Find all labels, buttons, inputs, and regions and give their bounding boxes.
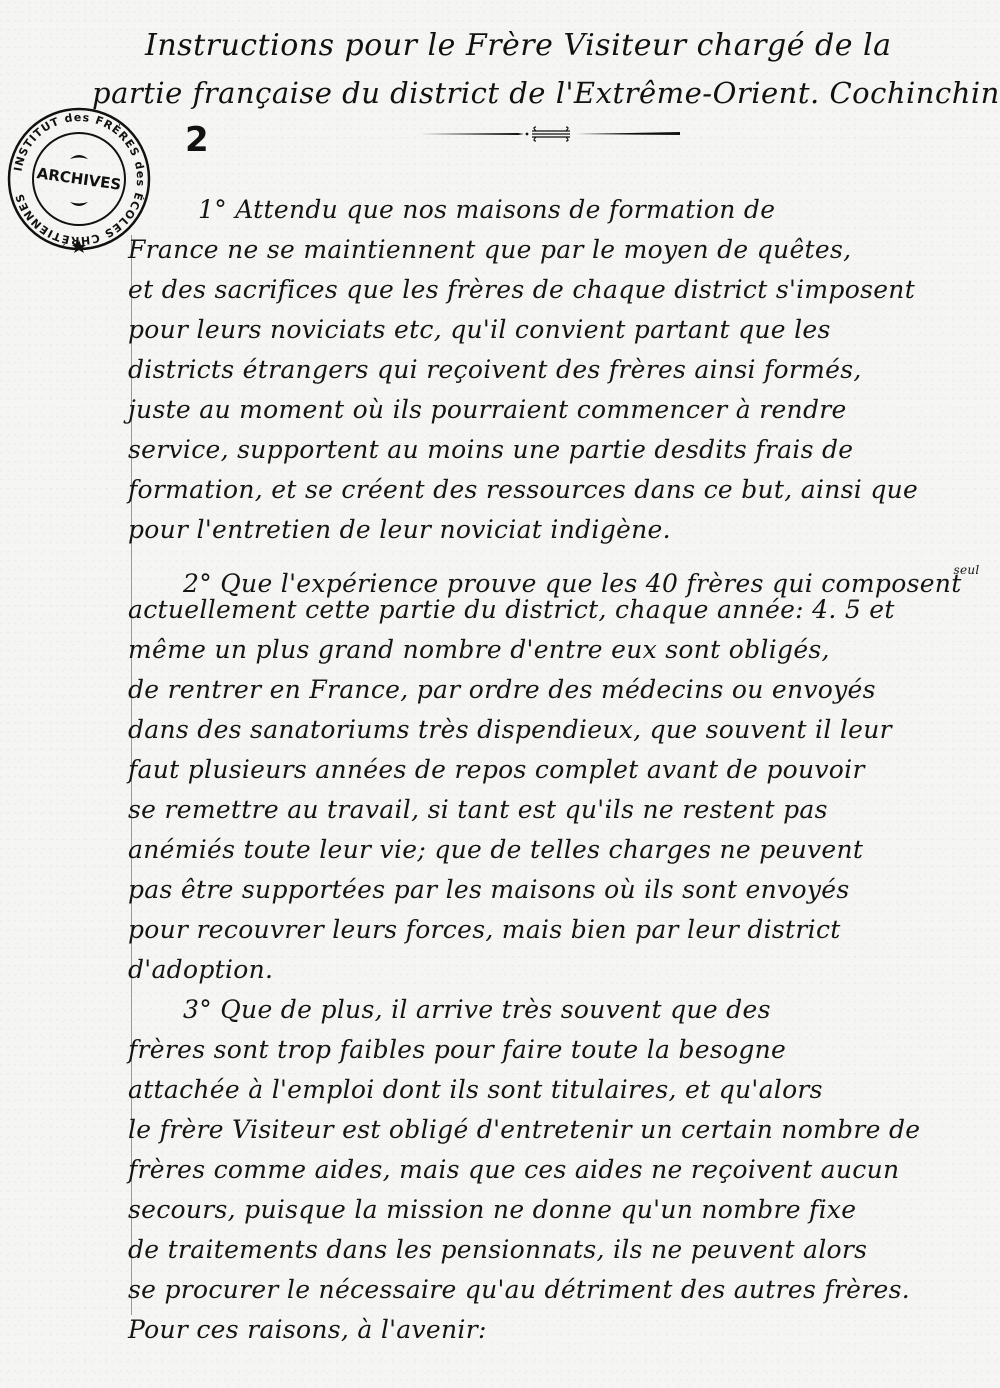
document-body: 1° Attendu que nos maisons de formation … (128, 190, 988, 1350)
text-line: et des sacrifices que les frères de chaq… (128, 270, 988, 310)
text-line: se procurer le nécessaire qu'au détrimen… (128, 1270, 988, 1310)
paragraph-2-line-1: 2° Que l'expérience prouve que les 40 fr… (128, 550, 988, 590)
divider-ornament-icon (420, 126, 680, 142)
svg-text:ARCHIVES: ARCHIVES (36, 164, 123, 194)
text-line: frères sont trop faibles pour faire tout… (128, 1030, 988, 1070)
paragraph-3-line-1: 3° Que de plus, il arrive très souvent q… (128, 990, 988, 1030)
title-line-2-text: partie française du district de l'Extrêm… (92, 76, 1000, 110)
text-line: juste au moment où ils pourraient commen… (128, 390, 988, 430)
text-line: faut plusieurs années de repos complet a… (128, 750, 988, 790)
text-line: le frère Visiteur est obligé d'entreteni… (128, 1110, 988, 1150)
text-line: d'adoption. (128, 950, 988, 990)
text-line: France ne se maintiennent que par le moy… (128, 230, 988, 270)
text-line: de rentrer en France, par ordre des méde… (128, 670, 988, 710)
text-line: service, supportent au moins une partie … (128, 430, 988, 470)
text-line: pas être supportées par les maisons où i… (128, 870, 988, 910)
text-line: secours, puisque la mission ne donne qu'… (128, 1190, 988, 1230)
closing-line: Pour ces raisons, à l'avenir: (128, 1310, 988, 1350)
page-number: 2 (185, 120, 209, 160)
text-line: dans des sanatoriums très dispendieux, q… (128, 710, 988, 750)
text-line: frères comme aides, mais que ces aides n… (128, 1150, 988, 1190)
document-title-line-1: Instructions pour le Frère Visiteur char… (145, 28, 892, 63)
document-title-line-2: partie française du district de l'Extrêm… (92, 76, 1000, 110)
paragraph-3: 3° Que de plus, il arrive très souvent q… (128, 990, 988, 1310)
text-line: districts étrangers qui reçoivent des fr… (128, 350, 988, 390)
text-line: formation, et se créent des ressources d… (128, 470, 988, 510)
paragraph-1-label: 1° (198, 195, 227, 224)
interlinear-insert: seul (954, 563, 980, 577)
paragraph-2: 2° Que l'expérience prouve que les 40 fr… (128, 550, 988, 990)
text-line: anémiés toute leur vie; que de telles ch… (128, 830, 988, 870)
paragraph-1-line-1: 1° Attendu que nos maisons de formation … (128, 190, 988, 230)
text-line: actuellement cette partie du district, c… (128, 590, 988, 630)
text-line: pour recouvrer leurs forces, mais bien p… (128, 910, 988, 950)
text-line: se remettre au travail, si tant est qu'i… (128, 790, 988, 830)
text-line: pour l'entretien de leur noviciat indigè… (128, 510, 988, 550)
text-line: pour leurs noviciats etc, qu'il convient… (128, 310, 988, 350)
paragraph-3-label: 3° (183, 995, 212, 1024)
text-line: même un plus grand nombre d'entre eux so… (128, 630, 988, 670)
paragraph-1: 1° Attendu que nos maisons de formation … (128, 190, 988, 550)
text-line: de traitements dans les pensionnats, ils… (128, 1230, 988, 1270)
text-line: attachée à l'emploi dont ils sont titula… (128, 1070, 988, 1110)
